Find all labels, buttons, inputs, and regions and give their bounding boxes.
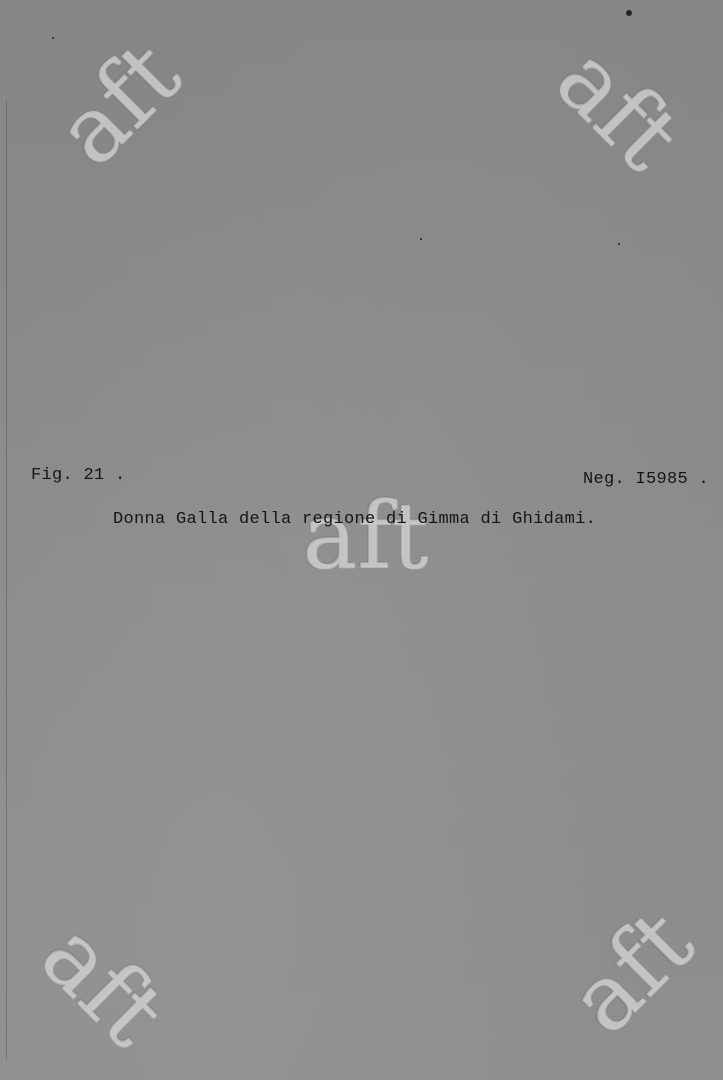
- negative-number: Neg. I5985 .: [583, 470, 709, 489]
- watermark-top-left: aft: [41, 27, 195, 181]
- caption: Donna Galla della regione di Gimma di Gh…: [113, 510, 596, 529]
- card-edge-line: [6, 100, 7, 1060]
- watermark-center: aft: [302, 490, 428, 582]
- dust-speck: [618, 243, 620, 245]
- dust-speck: [626, 10, 632, 16]
- figure-label: Fig. 21 .: [31, 466, 126, 485]
- watermark-bottom-right: aft: [554, 895, 708, 1049]
- watermark-bottom-left: aft: [26, 907, 180, 1061]
- dust-speck: [52, 37, 54, 39]
- dust-speck: [420, 238, 422, 240]
- watermark-top-right: aft: [541, 31, 695, 185]
- archival-card: aft aft aft aft aft Fig. 21 . Neg. I5985…: [0, 0, 723, 1080]
